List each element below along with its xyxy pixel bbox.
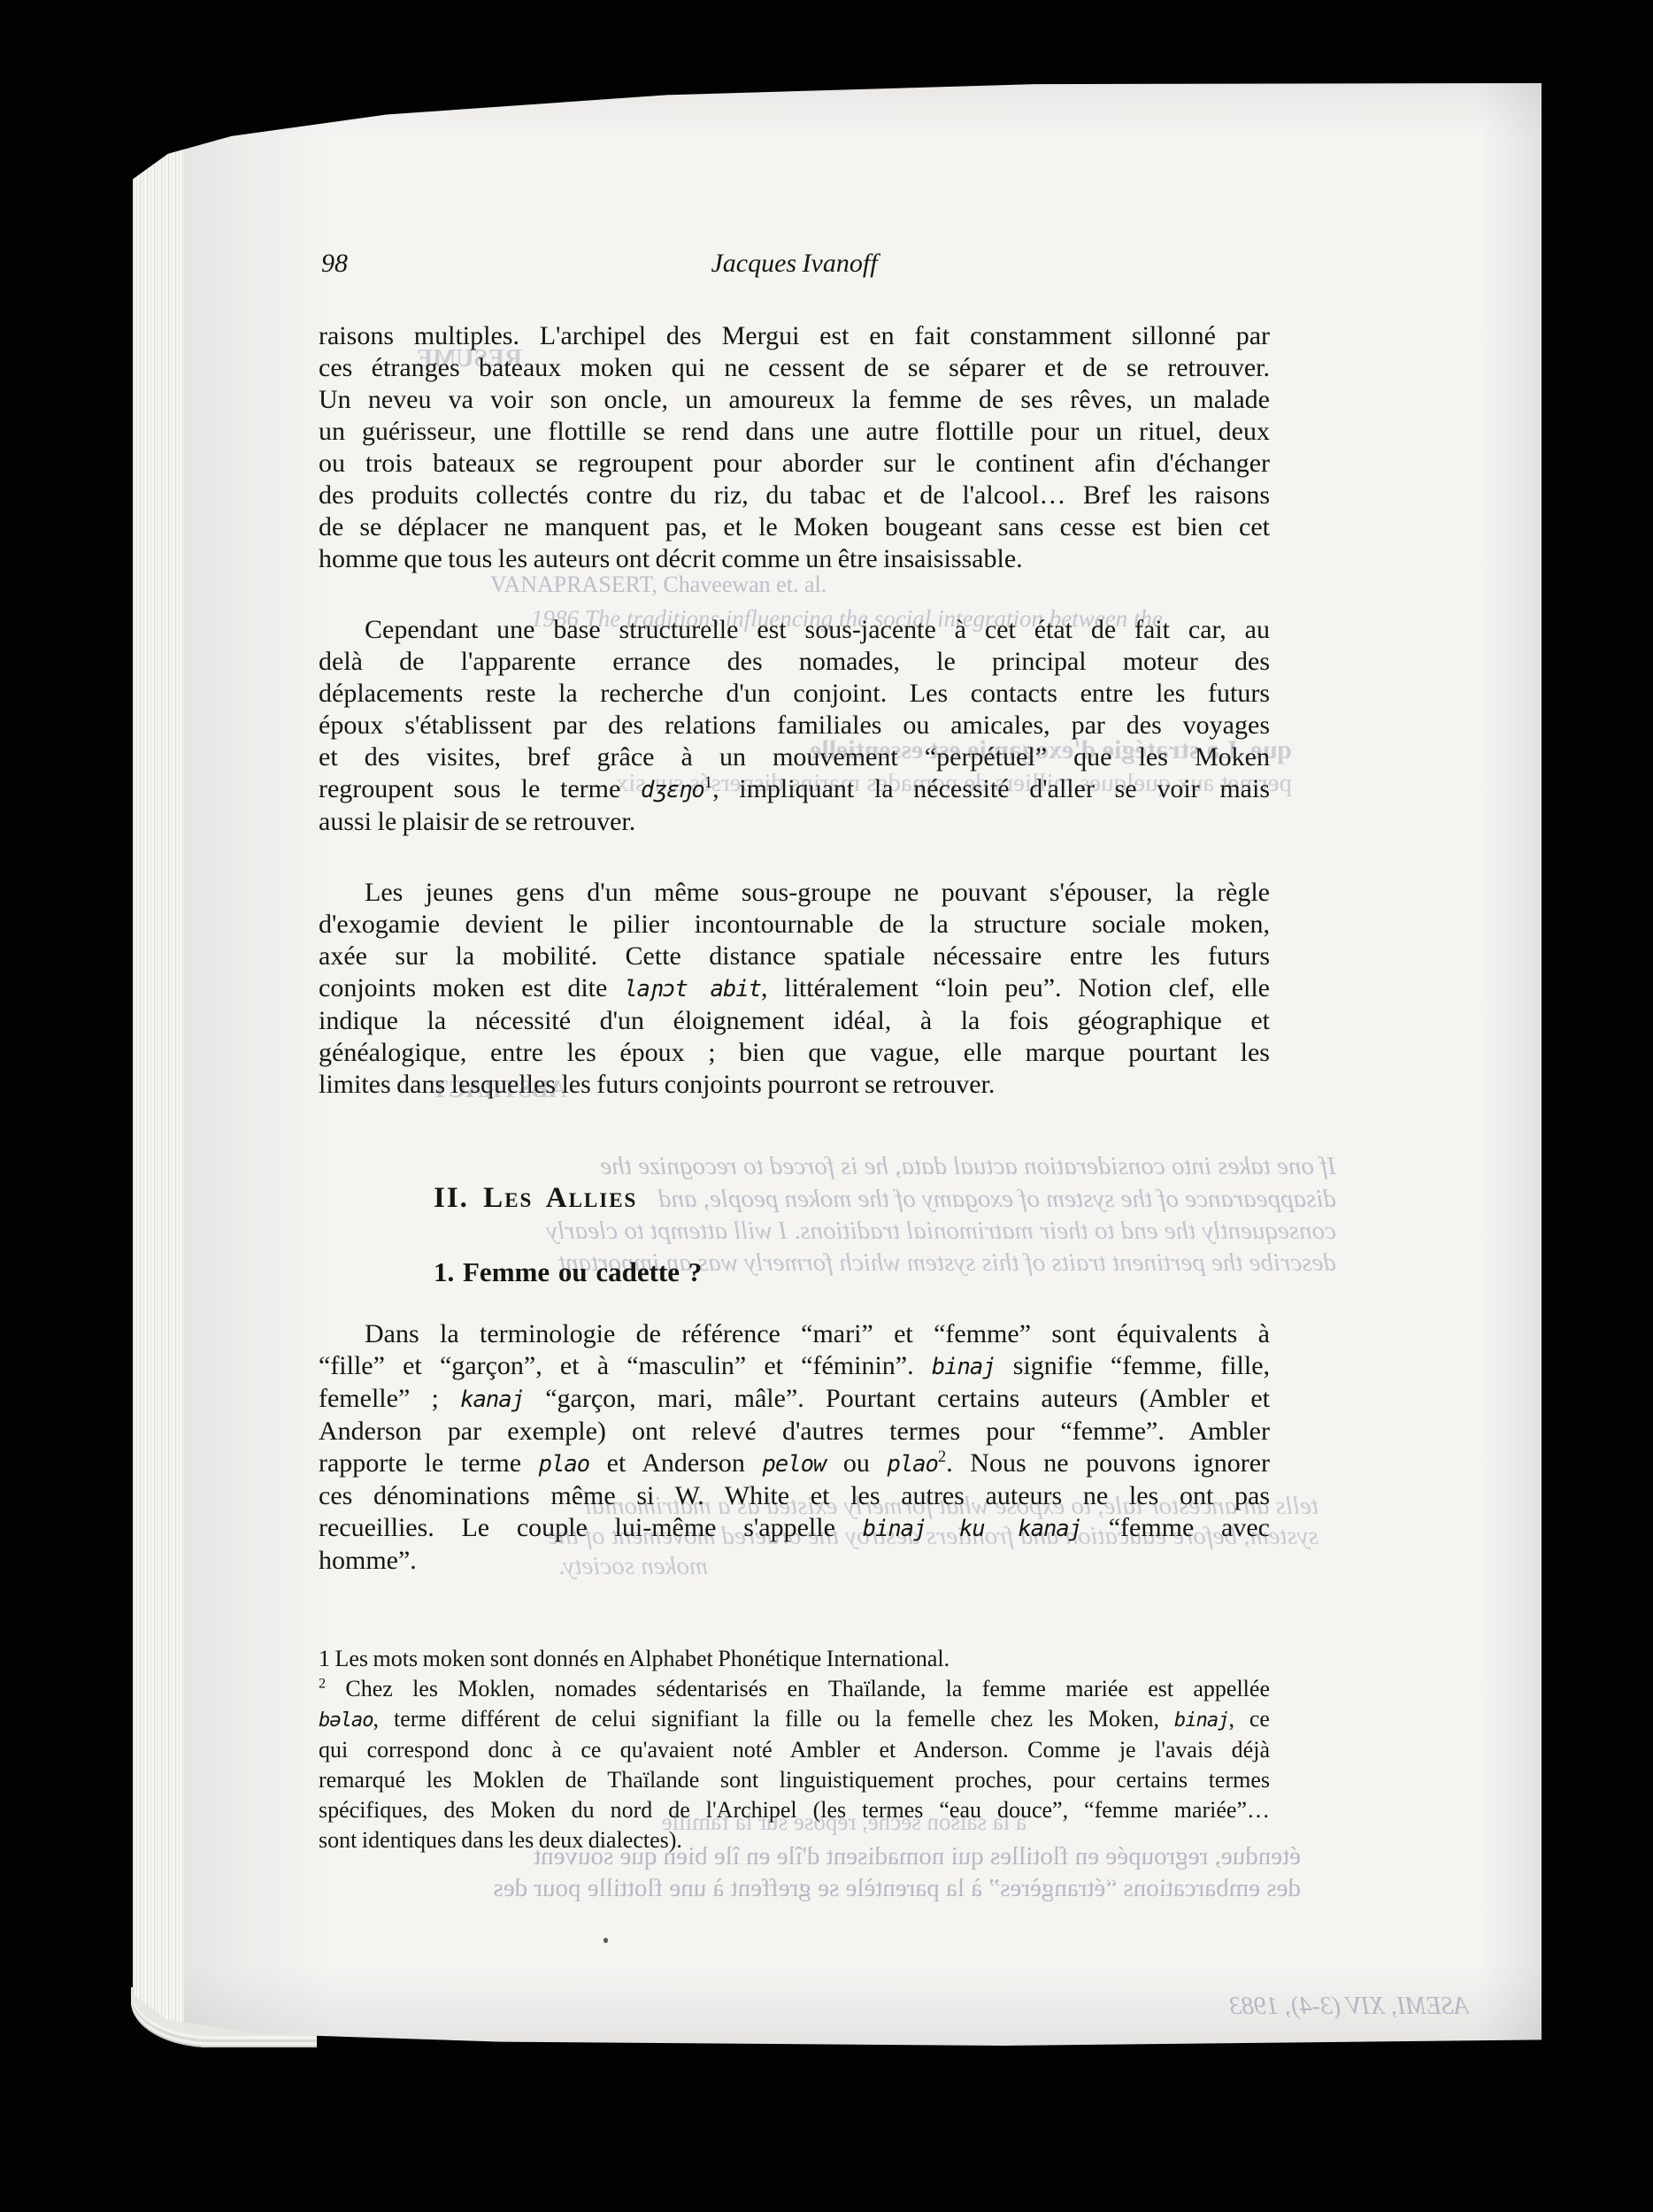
photo-background: { "page_meta": { "page_number": "98", "r… (0, 0, 1653, 2212)
text-line: Un neveu va voir son oncle, un amoureux … (319, 384, 1270, 416)
text-line: homme que tous les auteurs ont décrit co… (319, 543, 1270, 575)
text-column: 98 Jacques Ivanoff raisons multiples. L'… (319, 83, 1270, 1855)
footnote: 1 Les mots moken sont donnés en Alphabet… (319, 1644, 1270, 1674)
text-line: généalogique, entre les époux ; bien que… (319, 1037, 1270, 1069)
text-line: raisons multiples. L'archipel des Mergui… (319, 320, 1270, 352)
text-line: limites dans lesquelles les futurs conjo… (319, 1069, 1270, 1101)
text-line: rapporte le terme plao et Anderson pelow… (319, 1448, 1270, 1480)
text-line: homme”. (319, 1545, 1270, 1577)
showthrough-text: ASEMI, XIV (3-4), 1983 (1142, 1993, 1469, 2021)
book-page: RESUMEVANAPRASERT, Chaveewan et. al.1986… (133, 83, 1542, 2046)
text-line: qui correspond donc à ce qu'avaient noté… (319, 1735, 1270, 1765)
text-line: remarqué les Moklen de Thaïlande sont li… (319, 1765, 1270, 1795)
text-line: de se déplacer ne manquent pas, et le Mo… (319, 511, 1270, 543)
phonetic-term: plao (887, 1451, 937, 1478)
footnotes: 1 Les mots moken sont donnés en Alphabet… (319, 1644, 1270, 1855)
text-line: ou trois bateaux se regroupent pour abor… (319, 448, 1270, 480)
footnote-marker: 1 (704, 773, 712, 792)
text-line: d'exogamie devient le pilier incontourna… (319, 909, 1270, 941)
running-header: 98 Jacques Ivanoff (319, 248, 1270, 281)
showthrough-text: des embarcations “étrangères” à la paren… (336, 1874, 1301, 1903)
text-line: un guérisseur, une flottille se rend dan… (319, 416, 1270, 448)
text-line: époux s'établissent par des relations fa… (319, 710, 1270, 741)
phonetic-term: dʒɛŋo (641, 777, 704, 803)
footnote: 2 Chez les Moklen, nomades sédentarisés … (319, 1674, 1270, 1855)
text-line: et des visites, bref grâce à un mouvemen… (319, 741, 1270, 773)
paragraph: Cependant une base structurelle est sous… (319, 614, 1270, 838)
phonetic-term: binaj ku kanaj (863, 1516, 1081, 1542)
text-line: spécifiques, des Moken du nord de l'Arch… (319, 1795, 1270, 1825)
text-line: 1 Les mots moken sont donnés en Alphabet… (319, 1644, 1270, 1674)
subsection-heading: 1. Femme ou cadette ? (434, 1256, 1270, 1288)
paragraph: raisons multiples. L'archipel des Mergui… (319, 320, 1270, 575)
text-line: conjoints moken est dite laɲɔt abit, lit… (319, 972, 1270, 1005)
text-line: regroupent sous le terme dʒɛŋo1, impliqu… (319, 773, 1270, 806)
footnote-marker: 2 (319, 1676, 326, 1691)
paragraph: Dans la terminologie de référence “mari”… (319, 1318, 1270, 1577)
paragraph: Les jeunes gens d'un même sous-groupe ne… (319, 877, 1270, 1101)
footnote-marker: 2 (938, 1448, 946, 1466)
section-paragraphs: Dans la terminologie de référence “mari”… (319, 1318, 1270, 1577)
phonetic-term: kanaj (460, 1386, 524, 1413)
text-line: bəlao, terme différent de celui signifia… (319, 1704, 1270, 1735)
text-line: 2 Chez les Moklen, nomades sédentarisés … (319, 1674, 1270, 1704)
text-line: “fille” et “garçon”, et à “masculin” et … (319, 1350, 1270, 1383)
phonetic-term: binaj (932, 1354, 996, 1380)
text-line: Les jeunes gens d'un même sous-groupe ne… (319, 877, 1270, 909)
phonetic-term: bəlao (319, 1709, 373, 1732)
text-line: aussi le plaisir de se retrouver. (319, 806, 1270, 838)
phonetic-term: pelow (763, 1451, 826, 1478)
text-line: delà de l'apparente errance des nomades,… (319, 646, 1270, 678)
text-line: indique la nécessité d'un éloignement id… (319, 1005, 1270, 1037)
intro-paragraphs: raisons multiples. L'archipel des Mergui… (319, 320, 1270, 1101)
running-header-author: Jacques Ivanoff (319, 248, 1270, 280)
text-line: déplacements reste la recherche d'un con… (319, 678, 1270, 710)
text-line: axée sur la mobilité. Cette distance spa… (319, 941, 1270, 972)
text-line: ces dénominations même si W. White et le… (319, 1480, 1270, 1512)
paper-speck (604, 1938, 608, 1943)
text-line: Dans la terminologie de référence “mari”… (319, 1318, 1270, 1350)
text-line: femelle” ; kanaj “garçon, mari, mâle”. P… (319, 1383, 1270, 1416)
text-line: sont identiques dans les deux dialectes)… (319, 1825, 1270, 1855)
text-line: Cependant une base structurelle est sous… (319, 614, 1270, 646)
phonetic-term: plao (539, 1451, 589, 1478)
phonetic-term: laɲɔt abit (624, 976, 761, 1002)
text-line: Anderson par exemple) ont relevé d'autre… (319, 1416, 1270, 1448)
phonetic-term: binaj (1174, 1709, 1229, 1732)
text-line: recueillies. Le couple lui-même s'appell… (319, 1512, 1270, 1545)
text-line: ces étranges bateaux moken qui ne cessen… (319, 352, 1270, 384)
section-heading: II. Les Allies (434, 1182, 1270, 1214)
text-line: des produits collectés contre du riz, du… (319, 480, 1270, 511)
